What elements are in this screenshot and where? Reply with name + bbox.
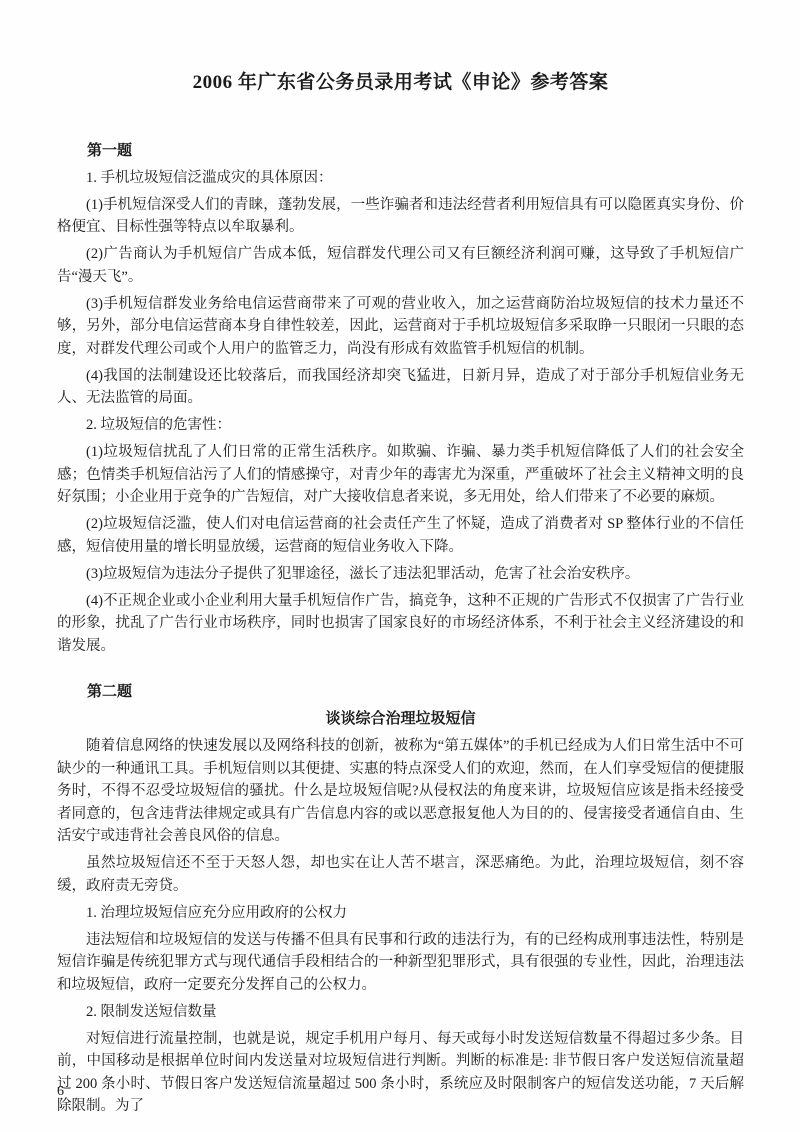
- q2-point-1-heading: 1. 治理垃圾短信应充分应用政府的公权力: [57, 902, 744, 925]
- q2-intro-paragraph-2: 虽然垃圾短信还不至于天怒人怨，却也实在让人苦不堪言，深恶痛绝。为此，治理垃圾短信…: [57, 852, 744, 897]
- document-page: 2006 年广东省公务员录用考试《申论》参考答案 第一题 1. 手机垃圾短信泛滥…: [0, 0, 800, 1132]
- document-content: 2006 年广东省公务员录用考试《申论》参考答案 第一题 1. 手机垃圾短信泛滥…: [0, 0, 800, 1118]
- q1-cause-paragraph-2: (2)广告商认为手机短信广告成本低，短信群发代理公司又有巨额经济利润可赚，这导致…: [57, 243, 744, 288]
- section-question-2: 第二题 谈谈综合治理垃圾短信 随着信息网络的快速发展以及网络科技的创新，被称为“…: [57, 681, 744, 1118]
- section-question-1: 第一题 1. 手机垃圾短信泛滥成灾的具体原因： (1)手机短信深受人们的青睐，蓬…: [57, 140, 744, 657]
- q1-harm-paragraph-3: (3)垃圾短信为违法分子提供了犯罪途径，滋长了违法犯罪活动，危害了社会治安秩序。: [57, 563, 744, 586]
- q2-point-2-paragraph: 对短信进行流量控制，也就是说，规定手机用户每月、每天或每小时发送短信数量不得超过…: [57, 1028, 744, 1118]
- q1-harm-paragraph-1: (1)垃圾短信扰乱了人们日常的正常生活秩序。如欺骗、诈骗、暴力类手机短信降低了人…: [57, 441, 744, 509]
- q1-harm-paragraph-4: (4)不正规企业或小企业利用大量手机短信作广告，搞竞争，这种不正规的广告形式不仅…: [57, 590, 744, 658]
- document-title: 2006 年广东省公务员录用考试《申论》参考答案: [57, 70, 744, 96]
- q2-intro-paragraph-1: 随着信息网络的快速发展以及网络科技的创新，被称为“第五媒体”的手机已经成为人们日…: [57, 735, 744, 848]
- essay-title: 谈谈综合治理垃圾短信: [57, 708, 744, 731]
- q2-point-2-heading: 2. 限制发送短信数量: [57, 1001, 744, 1024]
- section-2-heading: 第二题: [57, 681, 744, 704]
- q1-harm-paragraph-2: (2)垃圾短信泛滥，使人们对电信运营商的社会责任产生了怀疑，造成了消费者对 SP…: [57, 513, 744, 558]
- q1-item-1: 1. 手机垃圾短信泛滥成灾的具体原因：: [57, 167, 744, 190]
- q1-item-2: 2. 垃圾短信的危害性：: [57, 414, 744, 437]
- q1-cause-paragraph-3: (3)手机短信群发业务给电信运营商带来了可观的营业收入，加之运营商防治垃圾短信的…: [57, 293, 744, 361]
- page-number: 6: [57, 1083, 64, 1101]
- q1-cause-paragraph-4: (4)我国的法制建设还比较落后，而我国经济却突飞猛进，日新月异，造成了对于部分手…: [57, 365, 744, 410]
- q1-cause-paragraph-1: (1)手机短信深受人们的青睐，蓬勃发展，一些诈骗者和违法经营者利用短信具有可以隐…: [57, 194, 744, 239]
- section-1-heading: 第一题: [57, 140, 744, 163]
- q2-point-1-paragraph: 违法短信和垃圾短信的发送与传播不但具有民事和行政的违法行为，有的已经构成刑事违法…: [57, 929, 744, 997]
